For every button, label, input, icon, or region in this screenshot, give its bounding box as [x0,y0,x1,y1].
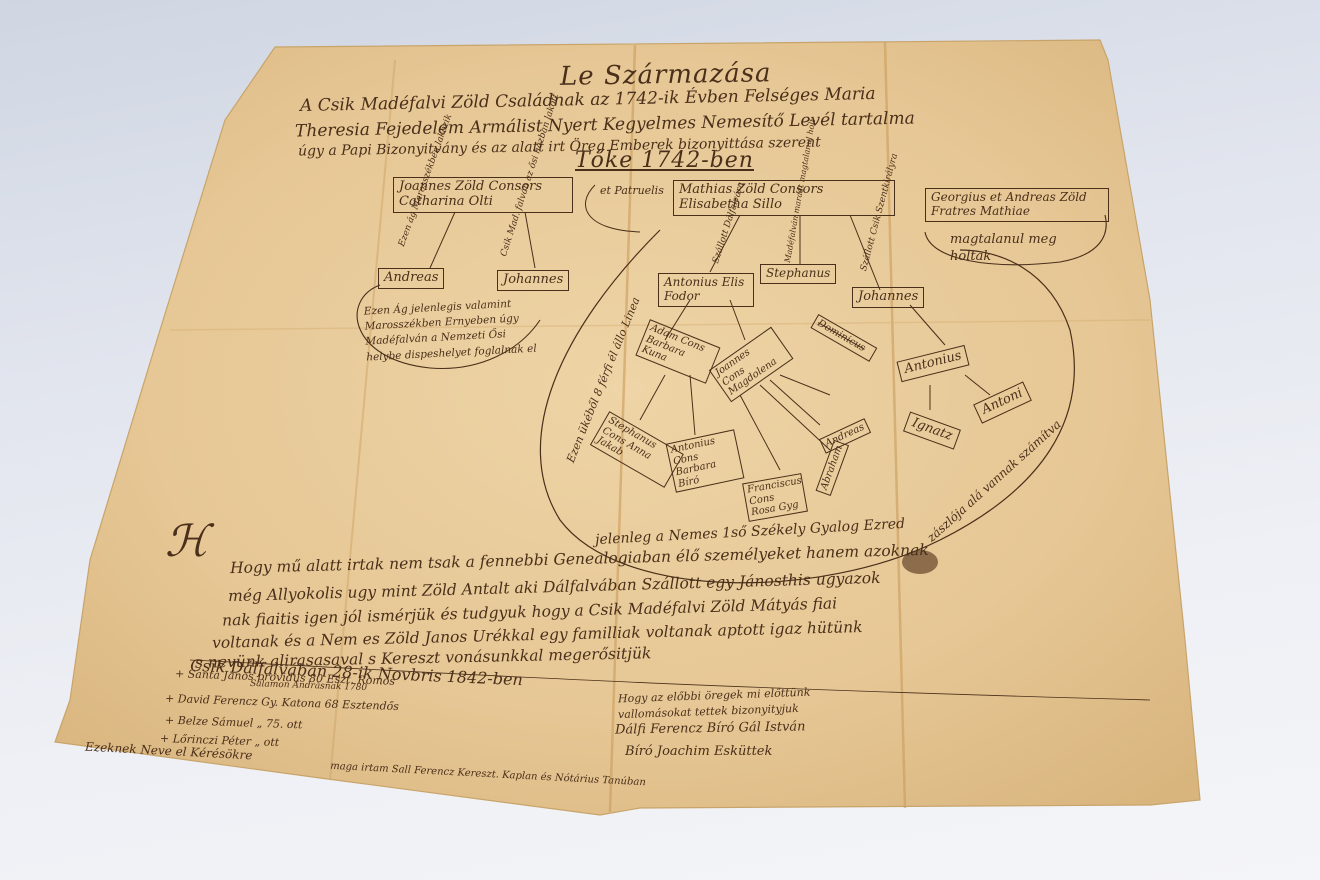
tree-node-andreas: Andreas [378,268,444,289]
tree-node-antonius: Antonius Elis Fodor [658,273,754,307]
cross-mark: + [165,714,175,727]
connector-et-patruelis: et Patruelis [600,185,664,196]
tree-root-right: Georgius et Andreas Zöld Fratres Mathiae [925,188,1109,222]
tree-node-johannes-left: Johannes [497,270,569,291]
decorative-initial-h: ℋ [165,520,208,564]
cross-mark: + [165,692,175,705]
tree-root-center: Mathias Zöld Consors Elisabetha Sillo [673,180,895,216]
document-photo: Le Származása A Csik Madéfalvi Zöld Csal… [0,0,1320,880]
cross-mark: + [175,667,185,680]
document-subtitle: Tőke 1742-ben [575,150,754,172]
tree-node-stephanus: Stephanus [760,264,836,284]
witness-line-3: Dálfi Ferencz Bíró Gál István [615,720,806,736]
left-branch-note: Ezen Ág jelenlegis valamint Marosszékben… [364,295,542,365]
witness-line-4: Bíró Joachim Esküttek [625,745,772,758]
tree-root-right-note: magtalanul meg holtak [950,232,1090,266]
tree-node-johannes-center: Johannes [852,287,924,308]
document-title: Le Származása [560,60,772,90]
